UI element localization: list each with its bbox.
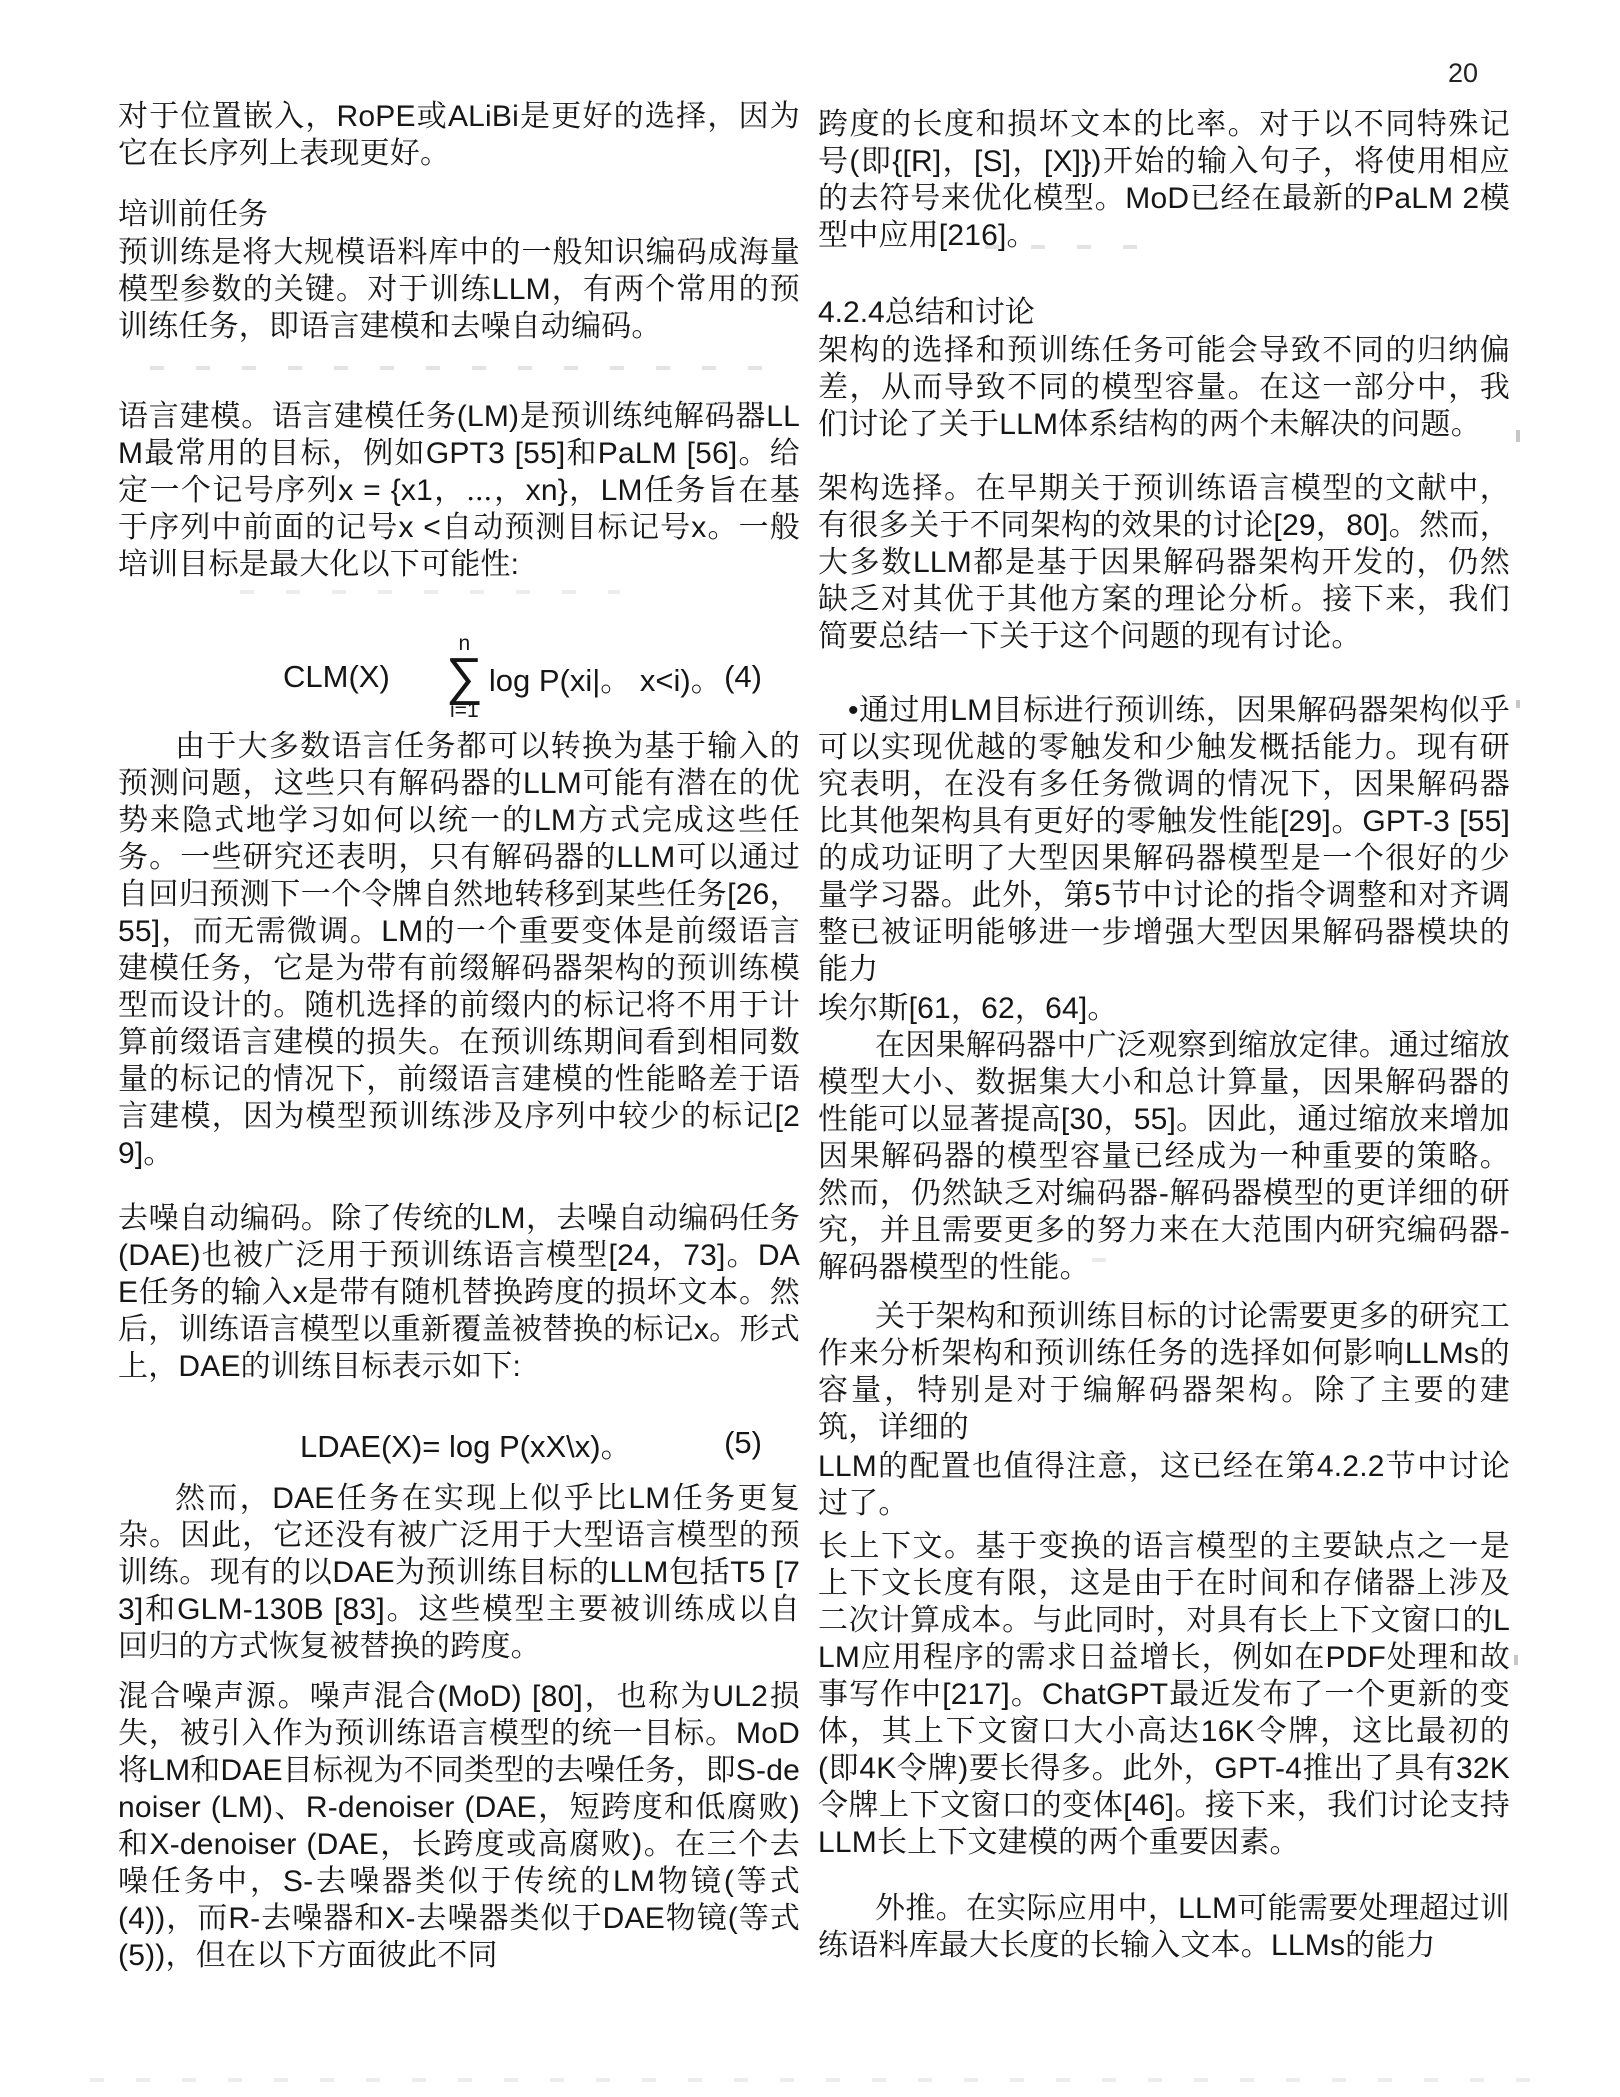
paragraph-scaling-law: 在因果解码器中广泛观察到缩放定律。通过缩放模型大小、数据集大小和总计算量，因果解…: [818, 1027, 1510, 1286]
right-column: 跨度的长度和损坏文本的比率。对于以不同特殊记号(即{[R]，[S]，[X]})开…: [818, 0, 1510, 2097]
scanned-paper-page: 20 对于位置嵌入，RoPE或ALiBi是更好的选择，因为它在长序列上表现更好。…: [0, 0, 1620, 2097]
paragraph-mixture-of-denoisers: 混合噪声源。噪声混合(MoD) [80]，也称为UL2损失，被引入作为预训练语言…: [118, 1678, 800, 1974]
scan-artifact: [1516, 430, 1520, 442]
scan-artifact: [1516, 700, 1520, 708]
paragraph-architecture-choice: 架构选择。在早期关于预训练语言模型的文献中，有很多关于不同架构的效果的讨论[29…: [818, 470, 1510, 655]
paragraph-decoder-only-llm: 由于大多数语言任务都可以转换为基于输入的预测问题，这些只有解码器的LLM可能有潜…: [118, 728, 800, 1172]
paragraph-language-modeling: 语言建模。语言建模任务(LM)是预训练纯解码器LLM最常用的目标，例如GPT3 …: [118, 398, 800, 583]
scan-artifact: [1000, 1258, 1120, 1262]
paragraph-summary-intro: 架构的选择和预训练任务可能会导致不同的归纳偏差，从而导致不同的模型容量。在这一部…: [818, 332, 1510, 443]
paragraph-more-research: 关于架构和预训练目标的讨论需要更多的研究工作来分析架构和预训练任务的选择如何影响…: [818, 1298, 1510, 1446]
paragraph-however-dae: 然而，DAE任务在实现上似乎比LM任务更复杂。因此，它还没有被广泛用于大型语言模…: [118, 1480, 800, 1665]
equation-clm: CLM(X) n ∑ i=1 log P(xi|。 x<i)。 (4): [118, 622, 800, 732]
summation-symbol: n ∑ i=1: [446, 633, 483, 722]
equation-clm-rhs: log P(xi|。 x<i)。: [489, 655, 722, 700]
summation-lower-limit: i=1: [450, 700, 479, 721]
paragraph-extrapolation: 外推。在实际应用中，LLM可能需要处理超过训练语料库最大长度的长输入文本。LLM…: [818, 1890, 1510, 1964]
equation-ldae: LDAE(X)= log P(xX\x)。 (5): [118, 1420, 800, 1466]
paragraph-span-ratio: 跨度的长度和损坏文本的比率。对于以不同特殊记号(即{[R]，[S]，[X]})开…: [818, 106, 1510, 254]
bullet-causal-decoder: •通过用LM目标进行预训练，因果解码器架构似乎可以实现优越的零触发和少触发概括能…: [818, 692, 1510, 988]
sigma-icon: ∑: [446, 654, 483, 701]
scan-artifact: [150, 366, 770, 370]
equation-clm-lhs: CLM(X): [283, 659, 390, 695]
heading-pretraining-tasks: 培训前任务: [118, 196, 800, 233]
scan-artifact: [240, 590, 620, 594]
left-column: 对于位置嵌入，RoPE或ALiBi是更好的选择，因为它在长序列上表现更好。 培训…: [118, 0, 800, 2097]
equation-ldae-body: LDAE(X)= log P(xX\x)。: [300, 1421, 632, 1466]
equation-clm-number: (4): [724, 659, 762, 695]
paragraph-long-context: 长上下文。基于变换的语言模型的主要缺点之一是上下文长度有限，这是由于在时间和存储…: [818, 1528, 1510, 1861]
scan-artifact: [90, 2078, 1530, 2082]
paragraph-references-els: 埃尔斯[61，62，64]。: [818, 990, 1510, 1027]
paragraph-llm-config: LLM的配置也值得注意，这已经在第4.2.2节中讨论过了。: [818, 1448, 1510, 1522]
scan-artifact: [1514, 1655, 1518, 1665]
equation-ldae-number: (5): [724, 1425, 762, 1461]
heading-summary-discussion: 4.2.4总结和讨论: [818, 294, 1510, 331]
scan-artifact: [985, 245, 1165, 249]
paragraph-denoising-autoencoding: 去噪自动编码。除了传统的LM，去噪自动编码任务(DAE)也被广泛用于预训练语言模…: [118, 1200, 800, 1385]
paragraph-pretrain-intro: 预训练是将大规模语料库中的一般知识编码成海量模型参数的关键。对于训练LLM，有两…: [118, 234, 800, 345]
paragraph-position-embedding: 对于位置嵌入，RoPE或ALiBi是更好的选择，因为它在长序列上表现更好。: [118, 98, 800, 172]
